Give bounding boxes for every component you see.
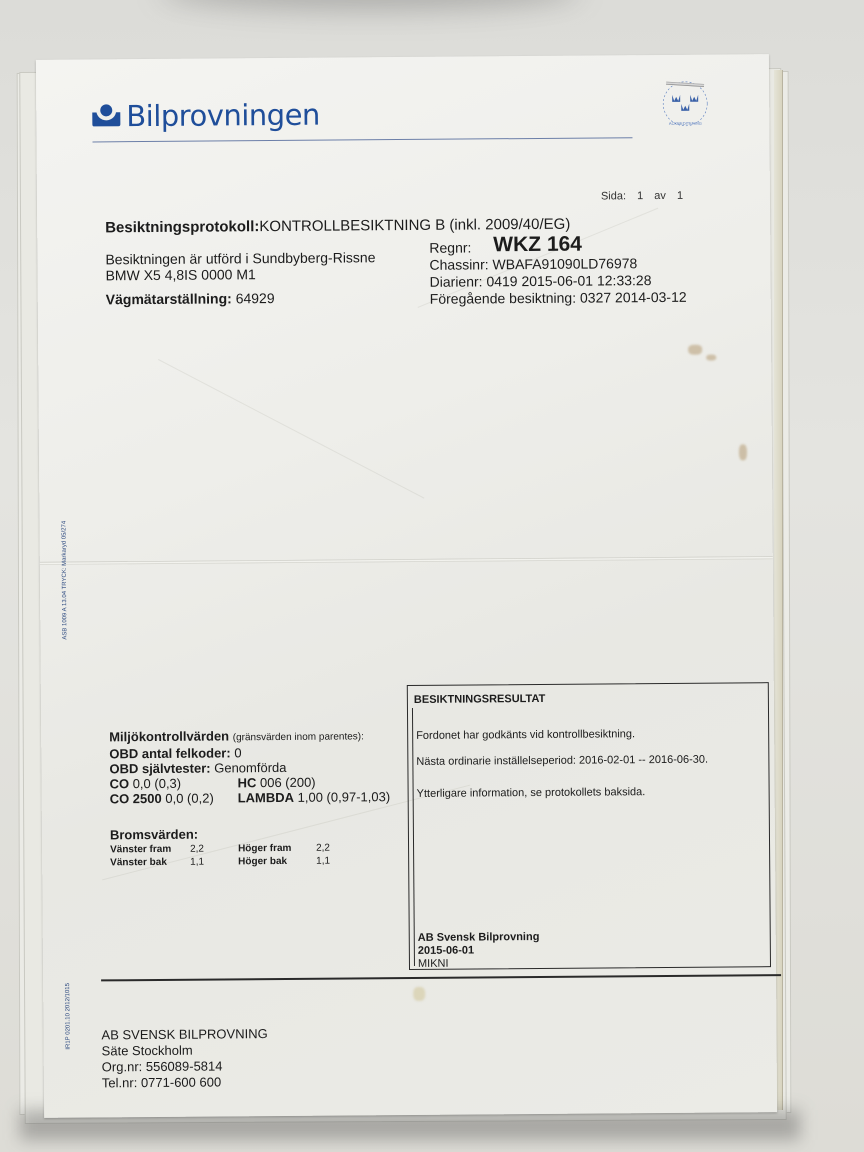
- left-front-value: 2,2: [190, 843, 238, 854]
- co2500-row: CO 2500 0,0 (0,2): [110, 790, 238, 806]
- result-next-period: Nästa ordinarie inställelseperiod: 2016-…: [416, 754, 708, 768]
- environment-values: Miljökontrollvärden (gränsvärden inom pa…: [109, 727, 390, 806]
- emissions-grid: CO 0,0 (0,3) HC 006 (200) CO 2500 0,0 (0…: [109, 774, 390, 806]
- right-rear-value: 1,1: [316, 855, 356, 866]
- chassis-row: Chassinr: WBAFA91090LD76978: [429, 255, 686, 274]
- signer-id: MIKNI: [418, 957, 540, 971]
- inspection-location-block: Besiktningen är utförd i Sundbyberg-Riss…: [105, 249, 375, 283]
- brand-name: Bilprovningen: [126, 98, 320, 134]
- previous-inspection-value: 0327 2014-03-12: [580, 289, 687, 306]
- lambda-row: LAMBDA 1,00 (0,97-1,03): [238, 789, 391, 805]
- inspection-location: Besiktningen är utförd i Sundbyberg-Riss…: [105, 249, 375, 267]
- footer-divider: [101, 974, 781, 981]
- form-code-upper: ASB 1009 A 13.04 TRYCK: Markaryd 05/274: [61, 521, 68, 640]
- footer-tel: Tel.nr: 0771-600 600: [102, 1074, 268, 1091]
- footer-org: Org.nr: 556089-5814: [102, 1058, 268, 1075]
- environment-title: Miljökontrollvärden: [109, 728, 229, 744]
- paper-crease: [158, 359, 424, 499]
- vehicle-model: BMW X5 4,8IS 0000 M1: [105, 265, 375, 283]
- obd-faults-label: OBD antal felkoder:: [109, 745, 230, 761]
- chassis-label: Chassinr:: [429, 256, 488, 272]
- protocol-label: Besiktningsprotokoll:: [105, 218, 259, 236]
- lambda-label: LAMBDA: [238, 790, 294, 805]
- lambda-value: 1,00 (0,97-1,03): [298, 789, 391, 805]
- svg-text:ACKREDITERING: ACKREDITERING: [669, 121, 702, 126]
- paper-stain: [413, 987, 425, 1001]
- right-front-label: Höger fram: [238, 843, 316, 855]
- diary-row: Diarienr: 0419 2015-06-01 12:33:28: [430, 272, 687, 291]
- brakes-grid: Vänster fram 2,2 Höger fram 2,2 Vänster …: [110, 842, 356, 868]
- result-approved: Fordonet har godkänts vid kontrollbesikt…: [416, 728, 635, 742]
- previous-inspection-row: Föregående besiktning: 0327 2014-03-12: [430, 289, 687, 308]
- left-rear-label: Vänster bak: [110, 857, 190, 869]
- vehicle-identification: Regnr: WKZ 164 Chassinr: WBAFA91090LD769…: [429, 235, 686, 308]
- inspection-result-box: BESIKTNINGSRESULTAT Fordonet har godkänt…: [407, 682, 771, 970]
- chassis-value: WBAFA91090LD76978: [492, 255, 637, 272]
- page-label: Sida:: [601, 190, 626, 202]
- odometer-value: 64929: [236, 290, 275, 306]
- co-value: 0,0 (0,3): [133, 776, 182, 791]
- obd-faults-value: 0: [234, 745, 241, 760]
- inspection-protocol-page: Bilprovningen ACKREDITERING Sida: 1 av 1…: [36, 54, 777, 1118]
- odometer-reading: Vägmätarställning: 64929: [106, 290, 275, 307]
- brake-values: Bromsvärden: Vänster fram 2,2 Höger fram…: [110, 825, 356, 868]
- co2500-value: 0,0 (0,2): [165, 791, 214, 806]
- left-rear-value: 1,1: [190, 856, 238, 867]
- co-row: CO 0,0 (0,3): [109, 775, 237, 791]
- environment-note: (gränsvärden inom parentes):: [233, 731, 364, 743]
- background-shadow: [160, 0, 580, 10]
- co-label: CO: [109, 776, 129, 791]
- diary-label: Diarienr:: [430, 273, 483, 289]
- company-footer: AB SVENSK BILPROVNING Säte Stockholm Org…: [101, 1026, 268, 1091]
- previous-inspection-label: Föregående besiktning:: [430, 290, 576, 307]
- left-front-label: Vänster fram: [110, 844, 190, 856]
- signer-date: 2015-06-01: [418, 944, 540, 958]
- co2500-label: CO 2500: [110, 791, 162, 806]
- diary-value: 0419 2015-06-01 12:33:28: [486, 272, 651, 289]
- page-of: av: [654, 190, 666, 202]
- header-divider: [92, 137, 632, 142]
- result-box-inner-border: [412, 708, 415, 966]
- right-front-value: 2,2: [316, 842, 356, 853]
- bilprovningen-logo: Bilprovningen: [92, 98, 320, 134]
- regnr-label: Regnr:: [429, 239, 471, 255]
- environment-title-row: Miljökontrollvärden (gränsvärden inom pa…: [109, 727, 390, 746]
- page-total: 1: [677, 190, 683, 202]
- page-number: Sida: 1 av 1: [601, 190, 691, 203]
- hc-row: HC 006 (200): [237, 774, 390, 790]
- brakes-title: Bromsvärden:: [110, 825, 356, 842]
- regnr-value: WKZ 164: [493, 233, 582, 257]
- result-signature: AB Svensk Bilprovning 2015-06-01 MIKNI: [418, 931, 540, 971]
- form-code-lower: IR1P 0201.10 2012/1015: [65, 983, 72, 1050]
- hc-value: 006 (200): [260, 775, 316, 790]
- footer-seat: Säte Stockholm: [102, 1042, 268, 1059]
- paper-stain: [739, 444, 747, 460]
- hc-label: HC: [237, 775, 256, 790]
- result-more-info: Ytterligare information, se protokollets…: [417, 786, 646, 800]
- result-title: BESIKTNINGSRESULTAT: [414, 693, 545, 706]
- paper-stain: [688, 345, 702, 355]
- paper-fold: [40, 556, 773, 565]
- paper-stain: [706, 355, 716, 361]
- signer-company: AB Svensk Bilprovning: [418, 931, 540, 945]
- bilprovningen-logo-icon: [92, 104, 120, 128]
- right-rear-label: Höger bak: [238, 856, 316, 868]
- page-current: 1: [637, 190, 643, 202]
- obd-selftest-value: Genomförda: [214, 760, 286, 776]
- odometer-label: Vägmätarställning:: [106, 290, 232, 307]
- obd-selftest-label: OBD självtester:: [109, 761, 210, 777]
- footer-company: AB SVENSK BILPROVNING: [101, 1026, 267, 1043]
- regnr-row: Regnr: WKZ 164: [429, 235, 686, 257]
